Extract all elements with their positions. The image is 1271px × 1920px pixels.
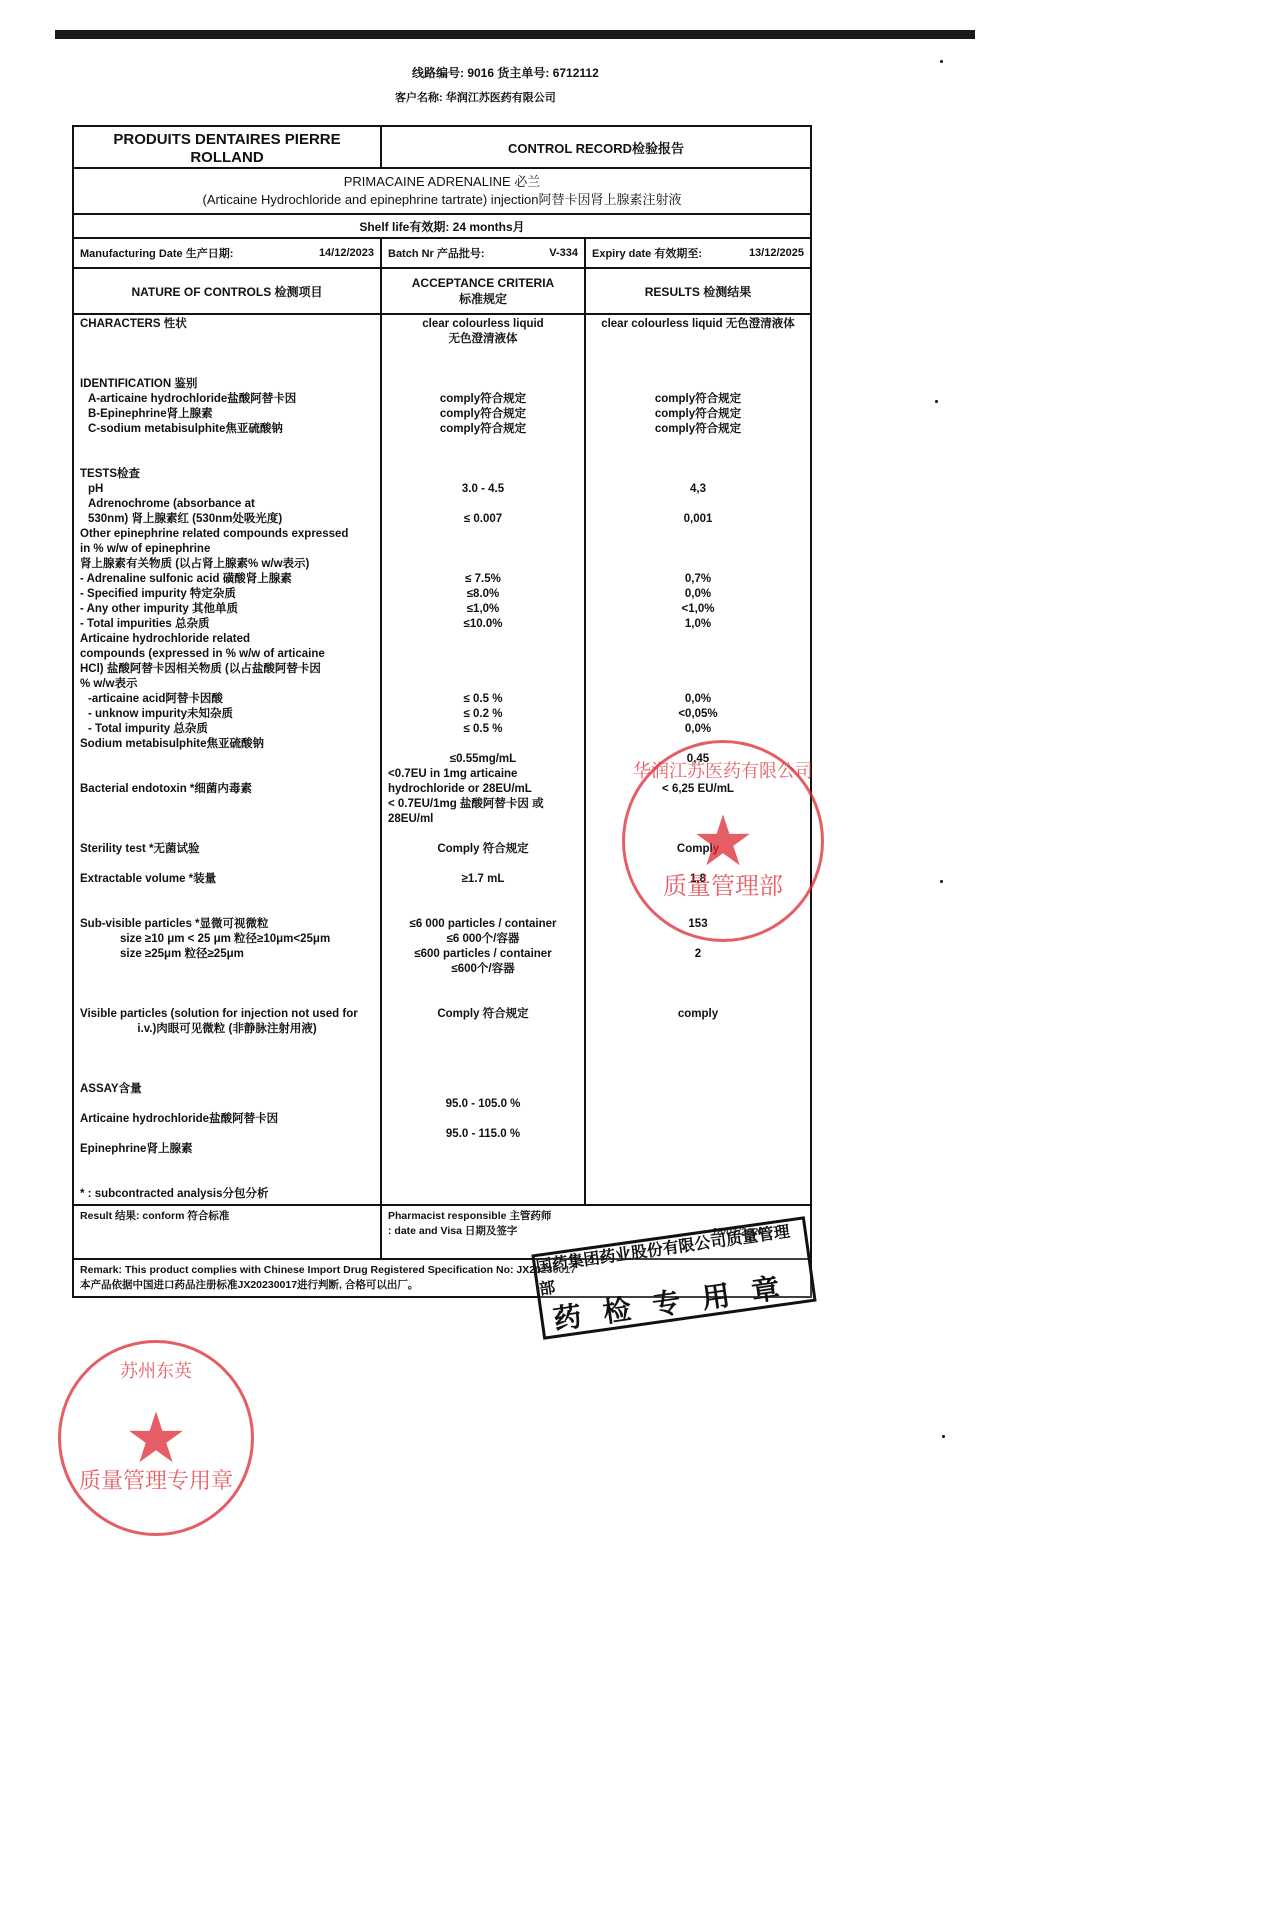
- subvisible-item-label: size ≥25μm 粒径≥25μm: [80, 947, 374, 962]
- batch-cell: Batch Nr 产品批号: V-334: [382, 239, 586, 267]
- subvisible-criteria-cn: ≤600个/容器: [388, 962, 578, 977]
- expiry-label: Expiry date 有效期至:: [592, 245, 702, 261]
- batch-number: V-334: [549, 247, 578, 259]
- articaine-result: 0,0%: [592, 722, 804, 737]
- articaine-result: 0,0%: [592, 692, 804, 707]
- pharmacist-visa-label: : date and Visa 日期及签字: [388, 1224, 551, 1239]
- subcontracted-note: * : subcontracted analysis分包分析: [80, 1187, 374, 1202]
- nature-column: CHARACTERS 性状 IDENTIFICATION 鉴别 A-artica…: [74, 315, 382, 1204]
- extractable-label: Extractable volume *装量: [80, 872, 374, 887]
- product-description: (Articaine Hydrochloride and epinephrine…: [202, 191, 681, 209]
- epi-criteria: ≤10.0%: [388, 617, 578, 632]
- scan-edge-bar: [55, 30, 975, 39]
- endotoxin-label: Bacterial endotoxin *细菌内毒素: [80, 782, 374, 797]
- routing-number: 线路编号: 9016 货主单号: 6712112: [412, 64, 599, 81]
- scan-speck: [935, 400, 938, 403]
- characters-result: clear colourless liquid 无色澄清液体: [592, 317, 804, 332]
- control-record-document: PRODUITS DENTAIRES PIERRE ROLLAND CONTRO…: [72, 125, 812, 1298]
- characters-criteria-cn: 无色澄清液体: [388, 332, 578, 347]
- seal-bottom-text: 质量管理部: [663, 866, 783, 901]
- assay-epinephrine-criteria: 95.0 - 115.0 %: [388, 1127, 578, 1142]
- quality-management-seal: 苏州东英 ★ 质量管理专用章: [58, 1340, 254, 1536]
- result-conform: Result 结果: conform 符合标准: [74, 1206, 382, 1258]
- articaine-criteria: ≤ 0.2 %: [388, 707, 578, 722]
- epi-result: <1,0%: [592, 602, 804, 617]
- assay-articaine-label: Articaine hydrochloride盐酸阿替卡因: [80, 1112, 374, 1127]
- epi-criteria: ≤1,0%: [388, 602, 578, 617]
- ph-criteria: 3.0 - 4.5: [388, 482, 578, 497]
- product-name: PRIMACAINE ADRENALINE 必兰: [344, 173, 541, 191]
- identification-label: IDENTIFICATION 鉴别: [80, 377, 374, 392]
- extractable-criteria: ≥1.7 mL: [388, 872, 578, 887]
- ident-c-label: C-sodium metabisulphite焦亚硫酸钠: [80, 422, 374, 437]
- expiry-date: 13/12/2025: [749, 247, 804, 259]
- epi-result: 1,0%: [592, 617, 804, 632]
- metabisulphite-criteria: ≤0.55mg/mL: [388, 752, 578, 767]
- metabisulphite-label: Sodium metabisulphite焦亚硫酸钠: [80, 737, 374, 752]
- assay-articaine-criteria: 95.0 - 105.0 %: [388, 1097, 578, 1112]
- product-row: PRIMACAINE ADRENALINE 必兰 (Articaine Hydr…: [74, 169, 810, 215]
- col-criteria-en: ACCEPTANCE CRITERIA: [412, 276, 554, 290]
- company-line-1: PRODUITS DENTAIRES PIERRE: [74, 131, 380, 149]
- characters-label: CHARACTERS 性状: [80, 317, 374, 332]
- articaine-item-label: - unknow impurity未知杂质: [80, 707, 374, 722]
- visible-label-2: i.v.)肉眼可见微粒 (非静脉注射用液): [80, 1022, 374, 1037]
- ident-a-label: A-articaine hydrochloride盐酸阿替卡因: [80, 392, 374, 407]
- seal-arc-text: 苏州东英: [120, 1357, 192, 1383]
- manufacturing-label: Manufacturing Date 生产日期:: [80, 245, 233, 261]
- endotoxin-criteria-3: < 0.7EU/1mg 盐酸阿替卡因 或: [388, 797, 578, 812]
- adrenochrome-label-2: 530nm) 肾上腺素红 (530nm处吸光度): [80, 512, 374, 527]
- company-line-2: ROLLAND: [74, 149, 380, 167]
- ph-result: 4,3: [592, 482, 804, 497]
- articaine-related-label: Articaine hydrochloride related: [80, 632, 374, 647]
- epi-related-label: Other epinephrine related compounds expr…: [80, 527, 374, 542]
- seal-arc-text: 华润江苏医药有限公司: [633, 757, 813, 783]
- col-results: RESULTS 检测结果: [586, 269, 810, 313]
- epi-result: 0,0%: [592, 587, 804, 602]
- expiry-cell: Expiry date 有效期至: 13/12/2025: [586, 239, 810, 267]
- ident-result: comply符合规定: [592, 422, 804, 437]
- adrenochrome-result: 0,001: [592, 512, 804, 527]
- epi-criteria: ≤ 7.5%: [388, 572, 578, 587]
- shelf-life: Shelf life有效期: 24 months月: [74, 215, 810, 239]
- ident-result: comply符合规定: [592, 407, 804, 422]
- ident-result: comply符合规定: [592, 392, 804, 407]
- adrenochrome-criteria: ≤ 0.007: [388, 512, 578, 527]
- epi-item-label: - Any other impurity 其他单质: [80, 602, 374, 617]
- col-criteria: ACCEPTANCE CRITERIA 标准规定: [382, 269, 586, 313]
- seal-bottom-text: 质量管理专用章: [79, 1464, 233, 1495]
- articaine-item-label: -articaine acid阿替卡因酸: [80, 692, 374, 707]
- endotoxin-criteria-2: hydrochloride or 28EU/mL: [388, 782, 578, 797]
- adrenochrome-label: Adrenochrome (absorbance at: [80, 497, 374, 512]
- company-name: PRODUITS DENTAIRES PIERRE ROLLAND: [74, 127, 382, 167]
- subvisible-label: Sub-visible particles *显微可视微粒: [80, 917, 374, 932]
- epi-item-label: - Adrenaline sulfonic acid 磺酸肾上腺素: [80, 572, 374, 587]
- articaine-item-label: - Total impurity 总杂质: [80, 722, 374, 737]
- ident-criteria: comply符合规定: [388, 422, 578, 437]
- epi-item-label: - Specified impurity 特定杂质: [80, 587, 374, 602]
- articaine-criteria: ≤ 0.5 %: [388, 722, 578, 737]
- epi-related-label-3: 肾上腺素有关物质 (以占肾上腺素% w/w表示): [80, 557, 374, 572]
- col-criteria-cn: 标准规定: [459, 290, 507, 307]
- epi-result: 0,7%: [592, 572, 804, 587]
- subvisible-result: 2: [592, 947, 804, 962]
- shelf-life-text: Shelf life有效期: 24 months月: [359, 218, 524, 235]
- star-icon: ★: [125, 1403, 188, 1473]
- scan-speck: [942, 1435, 945, 1438]
- customer-name: 客户名称: 华润江苏医药有限公司: [395, 89, 556, 105]
- visible-criteria: Comply 符合规定: [388, 1007, 578, 1022]
- subvisible-criteria-cn: ≤6 000个/容器: [388, 932, 578, 947]
- doc-title: CONTROL RECORD检验报告: [382, 127, 810, 167]
- ident-criteria: comply符合规定: [388, 392, 578, 407]
- assay-epinephrine-label: Epinephrine肾上腺素: [80, 1142, 374, 1157]
- scan-speck: [940, 60, 943, 63]
- articaine-related-label-2: compounds (expressed in % w/w of articai…: [80, 647, 374, 662]
- ident-criteria: comply符合规定: [388, 407, 578, 422]
- epi-related-label-2: in % w/w of epinephrine: [80, 542, 374, 557]
- batch-label: Batch Nr 产品批号:: [388, 245, 485, 261]
- articaine-criteria: ≤ 0.5 %: [388, 692, 578, 707]
- subvisible-criteria: ≤600 particles / container: [388, 947, 578, 962]
- ident-b-label: B-Epinephrine肾上腺素: [80, 407, 374, 422]
- scan-speck: [940, 880, 943, 883]
- company-quality-seal: 华润江苏医药有限公司 ★ 质量管理部: [622, 740, 824, 942]
- articaine-related-label-4: % w/w表示: [80, 677, 374, 692]
- manufacturing-date: 14/12/2023: [319, 247, 374, 259]
- pharmacist-label: Pharmacist responsible 主管药师: [388, 1209, 551, 1224]
- articaine-result: <0,05%: [592, 707, 804, 722]
- subvisible-criteria: ≤6 000 particles / container: [388, 917, 578, 932]
- subvisible-item-label: size ≥10 μm < 25 μm 粒径≥10μm<25μm: [80, 932, 374, 947]
- visible-label: Visible particles (solution for injectio…: [80, 1007, 374, 1022]
- articaine-related-label-3: HCl) 盐酸阿替卡因相关物质 (以占盐酸阿替卡因: [80, 662, 374, 677]
- endotoxin-criteria: <0.7EU in 1mg articaine: [388, 767, 578, 782]
- endotoxin-criteria-4: 28EU/ml: [388, 812, 578, 827]
- sterility-label: Sterility test *无菌试验: [80, 842, 374, 857]
- title-row: PRODUITS DENTAIRES PIERRE ROLLAND CONTRO…: [74, 127, 810, 169]
- manufacturing-date-cell: Manufacturing Date 生产日期: 14/12/2023: [74, 239, 382, 267]
- sterility-criteria: Comply 符合规定: [388, 842, 578, 857]
- col-nature: NATURE OF CONTROLS 检测项目: [74, 269, 382, 313]
- epi-criteria: ≤8.0%: [388, 587, 578, 602]
- visible-result: comply: [592, 1007, 804, 1022]
- column-header-row: NATURE OF CONTROLS 检测项目 ACCEPTANCE CRITE…: [74, 269, 810, 315]
- criteria-column: clear colourless liquid 无色澄清液体 comply符合规…: [382, 315, 586, 1204]
- characters-criteria: clear colourless liquid: [388, 317, 578, 332]
- assay-label: ASSAY含量: [80, 1082, 374, 1097]
- epi-item-label: - Total impurities 总杂质: [80, 617, 374, 632]
- ph-label: pH: [80, 482, 374, 497]
- tests-label: TESTS检查: [80, 467, 374, 482]
- meta-row: Manufacturing Date 生产日期: 14/12/2023 Batc…: [74, 239, 810, 269]
